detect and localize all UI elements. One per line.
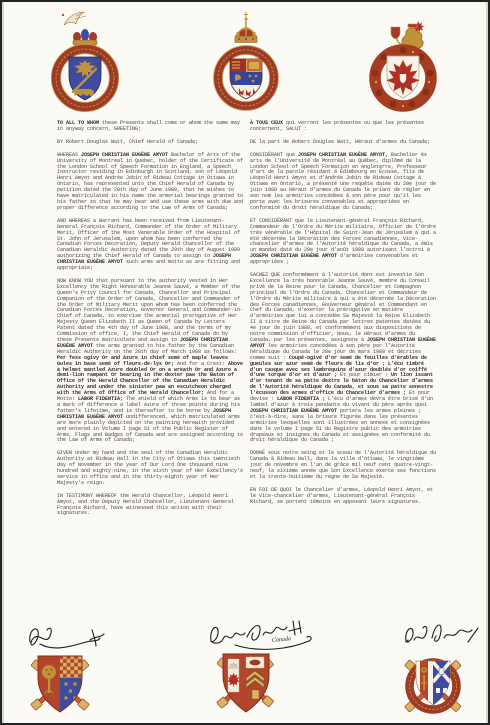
paragraph: AND WHEREAS a Warrant has been received …	[57, 219, 246, 272]
paragraph: BY Robert Douglas Watt, Chief Herald of …	[57, 140, 246, 146]
paragraph: CONSIDÉRANT que JOSEPH CHRISTIAN EUGÈNE …	[250, 153, 439, 212]
blue-shield-eagle-baton-lion	[69, 57, 101, 100]
beaver-icon	[250, 660, 261, 666]
amyot-shield	[38, 656, 82, 712]
paragraph: NOW KNOW YOU that pursuant to the author…	[57, 279, 246, 444]
paragraph: IN TESTIMONY WHEREOF the Herald Chancell…	[57, 494, 246, 518]
paragraph: SACHEZ QUE conformément à l'autorité don…	[250, 273, 439, 444]
paragraph: DONNÉ sous notre seing et le sceau de l'…	[250, 451, 439, 481]
english-text-column: TO ALL TO WHOM these Presents shall come…	[57, 121, 246, 524]
watt-office-arms	[213, 646, 279, 720]
watt-shield	[223, 654, 269, 712]
signature-francois-richard	[398, 614, 483, 652]
amyot-office-arms	[26, 648, 94, 722]
paragraph: ET CONSIDÉRANT que le Lieutenant-général…	[250, 219, 439, 266]
royal-crown-icon	[235, 12, 257, 43]
herald-chancellor-badge	[50, 10, 120, 114]
paragraph: DE la part de Robert Douglas Watt, Hérau…	[250, 140, 439, 146]
dove-icon	[62, 12, 86, 25]
royal-arms-shield	[230, 59, 262, 101]
maple-leaf-shield	[386, 56, 419, 98]
richard-office-arms	[398, 650, 468, 720]
canadian-heraldic-authority-badge	[209, 9, 284, 114]
paragraph: TO ALL TO WHOM these Presents shall come…	[57, 121, 246, 133]
paragraph: WHEREAS JOSEPH CHRISTIAN EUGÈNE AMYOT Ba…	[57, 153, 246, 212]
crest-torse	[73, 29, 97, 45]
paragraph: EN FOI DE QUOI le Chancelier d'armes, Lé…	[250, 488, 439, 506]
paragraph: GIVEN under my hand and the seal of the …	[57, 451, 246, 486]
chief-herald-of-canada-badge	[363, 11, 443, 114]
french-text-column: À TOUS CEUX qui verront les présentes ou…	[250, 121, 439, 513]
paragraph: À TOUS CEUX qui verront les présentes ou…	[250, 121, 439, 133]
letters-patent-document: TO ALL TO WHOM these Presents shall come…	[0, 0, 490, 725]
